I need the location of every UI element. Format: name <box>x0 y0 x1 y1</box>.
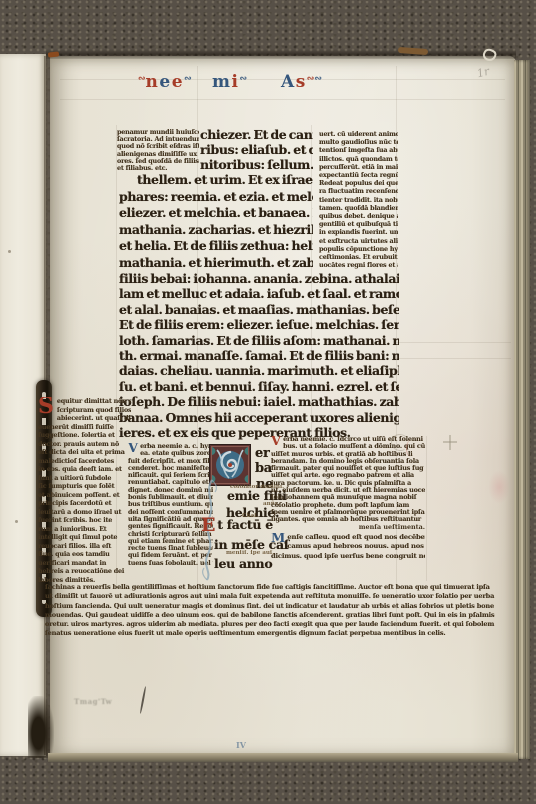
title-letter: n <box>146 72 160 92</box>
text-line: ſic ſumpturis que ſolēt <box>38 482 131 491</box>
margin-paraph <box>406 440 416 457</box>
text-line: intelligit qui ſimul pote <box>38 533 131 542</box>
running-title-group-as: As∾∾ <box>281 68 322 98</box>
text-line: ioſeph. De filiis nebui: iaiel. mathathi… <box>119 394 399 409</box>
text-line: eliezer. et melchia. et banaea. Et de fi… <box>119 205 313 222</box>
ruling-line <box>60 99 505 100</box>
pigment-smudge <box>488 470 510 504</box>
text-line: hoſtium ſancienda. Qui uult ueneratur ma… <box>45 602 509 611</box>
flourish-mark: ∾ <box>314 74 322 84</box>
text-line: maledictioſ ſacerdotes <box>38 457 131 466</box>
text-line: expectantiū ſecta regnū ſequebāt. <box>319 171 398 179</box>
text-line: fuerint ſcribis. hoc ite <box>38 516 131 525</box>
rubric-initial-S: S <box>38 397 54 415</box>
text-line: ut dimiſit ut fauorē ut adiurationis agr… <box>45 592 509 601</box>
text-line: uocātes regni flores et admiſſos uiuendū… <box>319 261 398 269</box>
bible-text-mid: thellem. et urim. Et ex iſrael de filiis… <box>119 172 313 272</box>
title-letter: e <box>159 72 171 92</box>
text-line: ſiue. quia eos tamdiu <box>38 550 131 559</box>
flourish-mark: ∾ <box>239 74 247 84</box>
text-line: filiis bebai: iohanna. anania. zebina. a… <box>119 271 399 286</box>
tail-edge <box>48 753 518 762</box>
running-title-group-nee: ∾nee∾ <box>138 68 192 98</box>
commentary-lines: enſe caſleu. quod eſt quod nos decēber u… <box>271 533 425 561</box>
fore-edge-stack <box>514 60 530 759</box>
text-line: principis ſacerdotū et <box>38 499 131 508</box>
text-line: th. ermai. manaſſe. ſamai. Et de filiis … <box>119 348 399 363</box>
text-line: dicimus. quod ipſe uerſus bene congruit … <box>271 552 425 561</box>
text-line: rum a iunioribus. Et <box>38 525 131 534</box>
rubric-initial-V-red: V <box>271 436 281 448</box>
gutter-shadow <box>28 696 54 758</box>
text-line: doctor. prauis autem nō <box>38 440 131 449</box>
text-line: illictos. quā quondam tempeſtate <box>319 155 398 163</box>
gloss-top-left: penamur mundii huiuſceſacratoria. Ad int… <box>117 129 199 174</box>
text-line: quibus debet. denique a genere induſtria <box>319 212 398 220</box>
text-line: in eos. quia deeſt iam. et <box>38 465 131 474</box>
text-line: mouendas. Qui gaudeat uidiſſe a deo uinu… <box>45 611 509 620</box>
text-line: euenerūt dimiſſi fuiſſe <box>38 423 131 432</box>
bible-syllable-er: er <box>255 446 270 462</box>
text-line: ſuggeſtione. ſolertia et <box>38 431 131 440</box>
text-line: et abinuicem poſſent. et <box>38 491 131 500</box>
text-line: camus apud hebreos nouus. apud nos ultim… <box>271 542 425 551</box>
text-line: populis cōpunctione hymnos uidet ad <box>319 245 398 253</box>
text-line: mathania. zacharias. et hiezrihel. et ab… <box>119 222 313 239</box>
bible-text-wide: filiis bebai: iohanna. anania. zebina. a… <box>119 271 399 442</box>
library-stamp: Tmag'Tw <box>74 697 112 706</box>
text-line: enſe caſleu. quod eſt quod nos decēber u… <box>271 533 425 542</box>
ruling-line <box>396 342 511 343</box>
flourish-mark: ∾ <box>138 74 146 84</box>
bible-text-top: chiezer. Et de cantoribus: eliaſub. et d… <box>200 127 313 174</box>
text-line: nitoribus: ſellum. et <box>200 157 313 172</box>
text-line: et alal. banaias. et maaſias. mathanias.… <box>119 302 399 317</box>
text-line: tamen. quoſdā blandiendo et cōuicte exiſ… <box>319 204 398 212</box>
commentary-right-mense: M enſe caſleu. quod eſt quod nos decēber… <box>271 533 425 563</box>
quire-mark: IV <box>236 740 246 750</box>
text-line: phares: reemia. et ezia. et melchia. et … <box>119 189 313 206</box>
ruling-line <box>426 436 427 581</box>
text-line: mathania. et hierimuth. et zabeth. et az… <box>119 255 313 272</box>
text-line: in expiandis fuerint. unde enī pecunierū… <box>319 228 398 236</box>
text-line: uerificari mandat in <box>38 559 131 568</box>
title-letter: m <box>212 72 232 92</box>
text-line: tienter tradidit. ita nobis dicta fuerīt <box>319 196 398 204</box>
gloss-right-column: uert. cū uiderent animos fideliūmulto ga… <box>319 130 398 271</box>
text-line: et helia. Et de filiis zethua: helioenai… <box>119 238 313 255</box>
text-line: ſenatus ueneratione eius fuerit ut male … <box>45 629 509 638</box>
text-line: ſachinas a reuerſis bella gentiliſſimas … <box>45 583 509 592</box>
bible-verse2-text: t factū ē <box>217 517 273 532</box>
text-line: Et de filiis erem: eliezer. ieſue. melch… <box>119 317 399 332</box>
text-line: loth. ſamarias. Et de filiis aſom: matha… <box>119 333 399 348</box>
interlinear-gloss: Chal. <box>242 513 258 519</box>
bible-line-leu-anno: leu anno <box>214 557 272 571</box>
text-line: ribus: eliaſub. et de ia <box>200 142 313 157</box>
text-line: daias. cheliau. uannia. marimuth. et eli… <box>119 363 399 378</box>
title-letter: A <box>281 72 296 92</box>
text-line: ſunt a uitiorū ſubdole <box>38 474 131 483</box>
bible-line-et-factum: Et factū ē <box>201 517 273 533</box>
margin-commentary-left: S equitur dimittat nōn etſcripturam quod… <box>38 397 131 586</box>
text-line: uert. cū uiderent animos fideliū <box>319 130 398 138</box>
flourish-mark: ∾ <box>184 74 192 84</box>
margin-commentary-lines: equitur dimittat nōn etſcripturam quod f… <box>38 397 131 584</box>
text-line: ra fluctuatim recenſendo uiuerēt. pa <box>319 187 398 195</box>
text-line: lam et melluc et adaia. iaſub. et ſaal. … <box>119 286 399 301</box>
bottom-commentary: ſachinas a reuerſis bella gentiliſſimas … <box>45 583 509 641</box>
text-line: hebreis a reuocatiōne dei <box>38 567 131 576</box>
rubric-initial-E: E <box>201 514 215 536</box>
text-line: ſu. et bani. et bennui. ſiſay. hanni. ez… <box>119 379 399 394</box>
pencil-cross-icon <box>443 441 457 443</box>
running-title-group-mi: mi∾ <box>212 68 247 98</box>
head-edge <box>46 49 516 59</box>
text-line: chiezer. Et de canto <box>200 127 313 142</box>
parchment-speck <box>8 250 11 253</box>
text-line: tentionſ imgeſta ſua abſtractos et <box>319 146 398 154</box>
ruling-line <box>396 358 511 359</box>
bible-syllable-ba: ba <box>255 461 272 477</box>
rubric-initial-M: M <box>271 533 285 545</box>
text-line: leuitarū a domo iſrael ut <box>38 508 131 517</box>
text-line: thellem. et urim. Et ex iſrael de filiis <box>119 172 313 189</box>
text-line: reuocari filios. illa eſt <box>38 542 131 551</box>
title-letter: e <box>172 72 184 92</box>
text-line: banaa. Omnes hii acceperant uxores alien… <box>119 410 399 425</box>
interlinear-gloss: menſiſ. ſpē auſ. <box>226 550 274 556</box>
commentary-note-inline: menſa ueſtimenta. <box>340 524 425 531</box>
text-line: et exſtructa uirtutes alienigenas. et ſi… <box>319 237 398 245</box>
parchment-speck <box>15 520 18 523</box>
pencil-cross-icon <box>449 435 451 450</box>
manuscript-photo: ∾nee∾ mi∾ As∾∾ 1r penamur mundii huiuſce… <box>0 0 536 804</box>
text-line: eſt dicta dei uita et prima <box>38 448 131 457</box>
title-letter: s <box>296 72 307 92</box>
rubric-initial-V-blue: V <box>128 443 138 455</box>
text-line: percuſſerūt. etiā in maiſ abiecerūt dum <box>319 163 398 171</box>
